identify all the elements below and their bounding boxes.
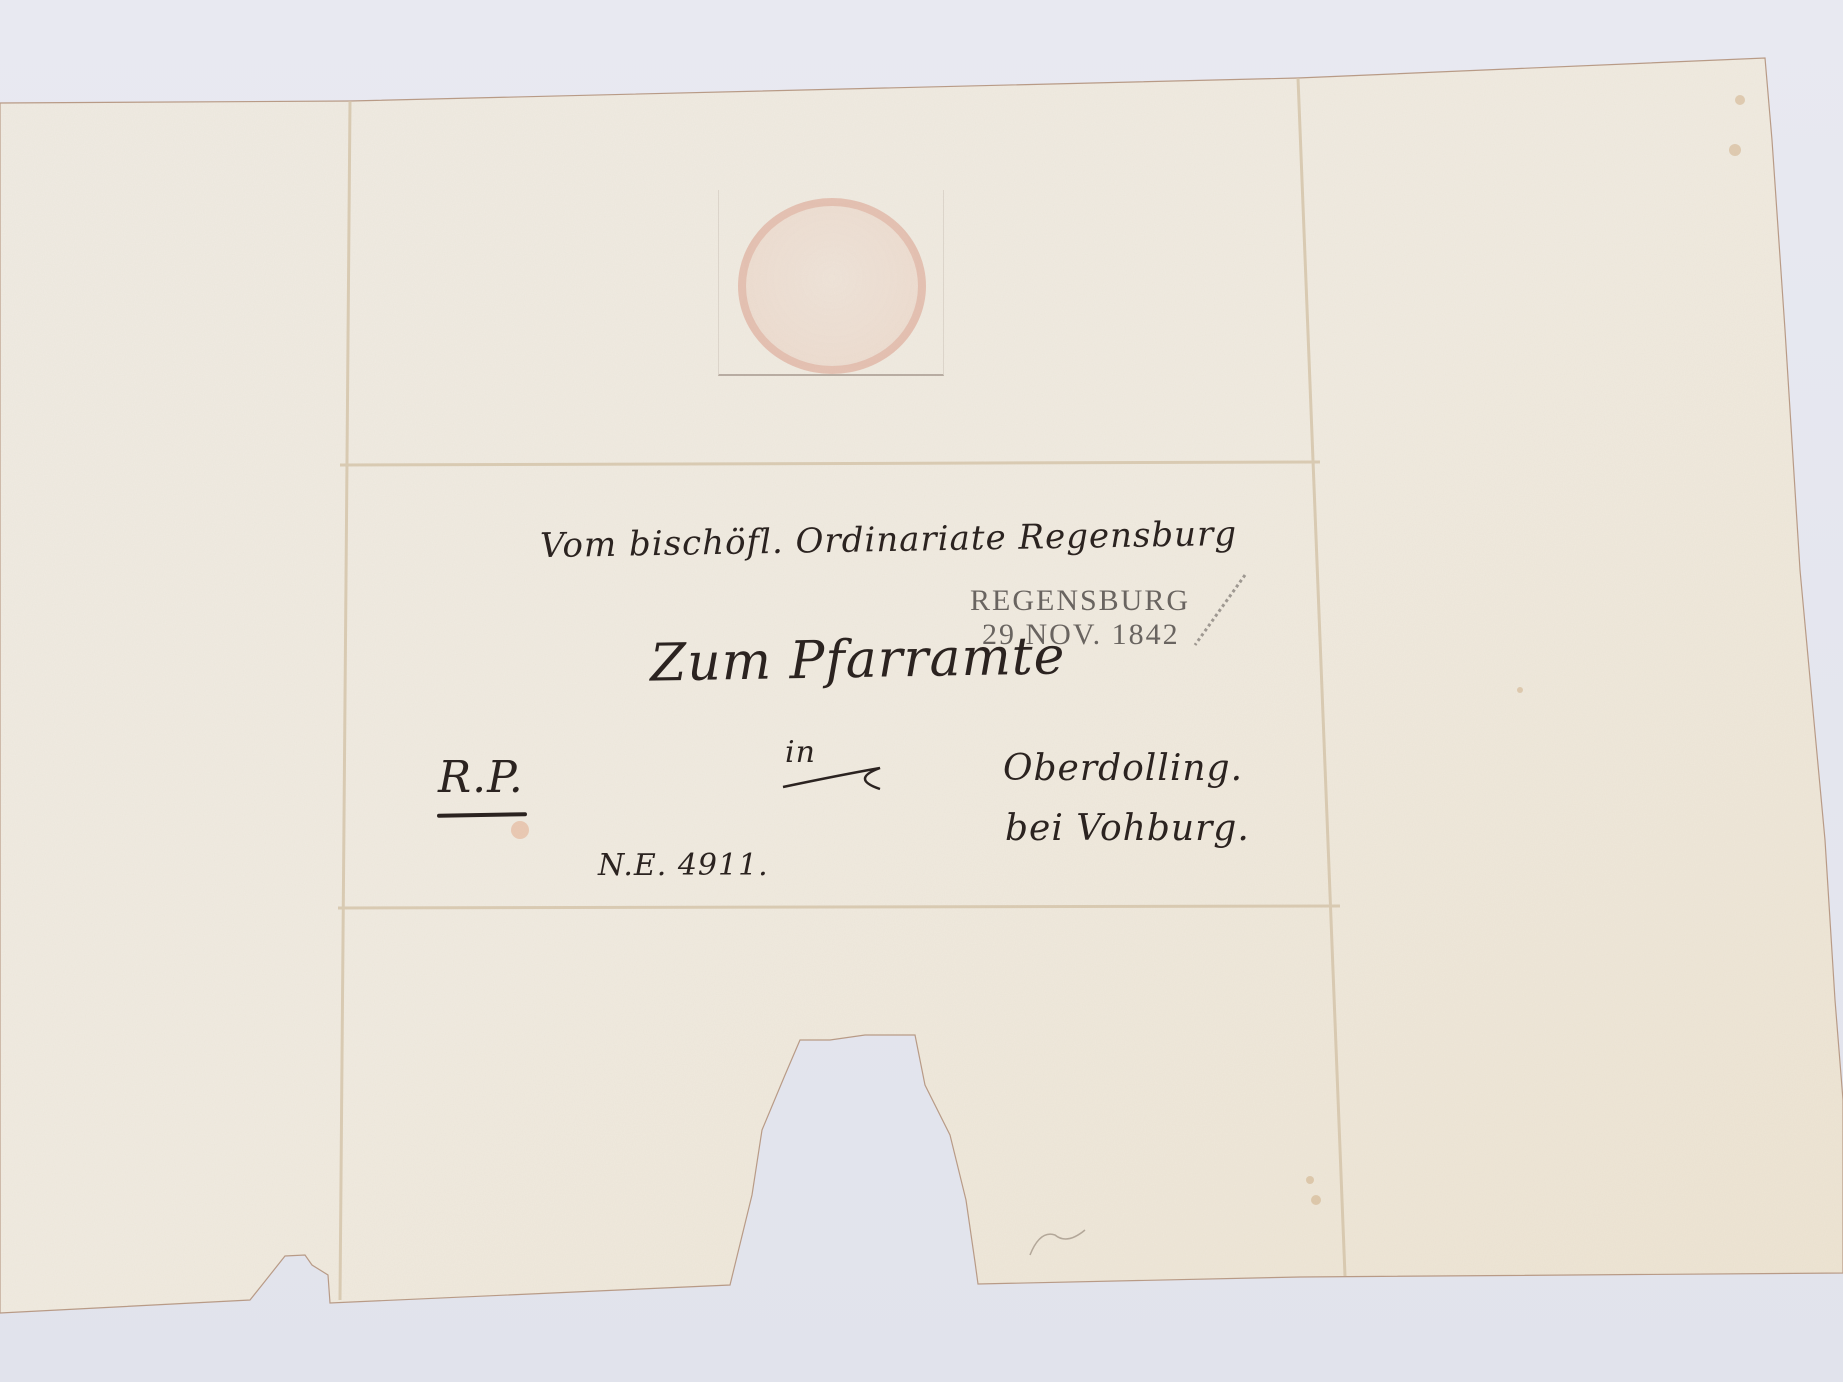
connector-flourish — [780, 765, 890, 795]
addressee-line: Zum Pfarramte — [650, 626, 1066, 693]
postmark-border-stroke — [1185, 570, 1255, 650]
wax-seal-icon — [738, 198, 926, 374]
destination-place: Oberdolling. — [1003, 748, 1243, 789]
postmark-city: REGENSBURG — [970, 584, 1190, 618]
annotation-rp: R.P. — [438, 752, 524, 803]
reference-number: N.E. 4911. — [598, 848, 769, 883]
destination-region: bei Vohburg. — [1005, 808, 1250, 849]
